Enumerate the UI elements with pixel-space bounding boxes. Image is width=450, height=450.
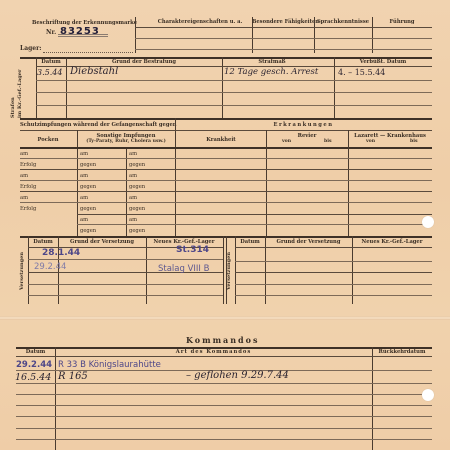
rule bbox=[135, 38, 432, 39]
rule bbox=[135, 49, 432, 50]
camp-field[interactable] bbox=[43, 52, 133, 53]
rule bbox=[20, 158, 432, 159]
vacc-cell: am bbox=[129, 217, 137, 223]
col-abilities: Besondere Fähigkeiten bbox=[252, 19, 314, 25]
kommando-type-hand: R 165 bbox=[58, 371, 88, 382]
rule bbox=[20, 130, 175, 131]
divider bbox=[348, 130, 349, 236]
col-lazarett: Lazarett — Krankenhaus bbox=[348, 133, 432, 139]
col-character: Charaktereigenschaften u. a. bbox=[150, 19, 250, 25]
vacc-cell: gegen bbox=[80, 228, 96, 234]
kommando-note: – geflohen 9.29.7.44 bbox=[186, 370, 289, 381]
rule bbox=[16, 405, 432, 406]
rule bbox=[16, 428, 432, 429]
transfer-camp-stamp: St.314 bbox=[176, 245, 209, 255]
transfer-camp-stamp: Stalag VIII B bbox=[158, 264, 209, 274]
lazarett-to: bis bbox=[410, 139, 418, 145]
transfer-right-col-date: Datum bbox=[235, 239, 265, 245]
vacc-cell: am bbox=[20, 195, 28, 201]
divider bbox=[135, 17, 136, 53]
kommando-date-hand: 16.5.44 bbox=[15, 372, 51, 383]
fold-crease bbox=[0, 316, 450, 320]
rule bbox=[175, 130, 432, 131]
rule bbox=[28, 295, 223, 296]
col-revier: Revier bbox=[266, 133, 348, 139]
record-card: Beschriftung der Erkennungsmarke Nr. 832… bbox=[0, 0, 450, 450]
rule bbox=[36, 105, 432, 106]
col-date: Datum bbox=[36, 59, 66, 65]
transfer-date-stamp: 29.2.44 bbox=[34, 262, 66, 272]
rule bbox=[16, 356, 432, 357]
vacc-cell: gegen bbox=[129, 206, 145, 212]
rule bbox=[20, 147, 432, 149]
vacc-cell: gegen bbox=[80, 184, 96, 190]
transfer-right-col-camp: Neues Kr.-Gef.-Lager bbox=[352, 239, 432, 245]
vacc-cell: am bbox=[80, 195, 88, 201]
transfer-date-stamp: 28.1.44 bbox=[42, 248, 80, 258]
vacc-cell: Erfolg bbox=[20, 162, 36, 168]
transfer-col-date: Datum bbox=[28, 239, 58, 245]
punishments-side-label: Strafen bbox=[10, 97, 16, 118]
rule bbox=[28, 284, 223, 285]
col-languages: Sprachkenntnisse bbox=[314, 19, 372, 25]
col-illness: Krankheit bbox=[175, 137, 267, 143]
col-reason: Grund der Bestrafung bbox=[66, 59, 222, 65]
rule bbox=[135, 27, 432, 28]
rule bbox=[20, 202, 432, 203]
camp-label: Lager: bbox=[20, 46, 42, 52]
col-pocken: Pocken bbox=[20, 137, 76, 143]
rule bbox=[20, 118, 432, 120]
divider bbox=[223, 236, 224, 304]
rule bbox=[235, 284, 432, 285]
illnesses-title: Erkrankungen bbox=[175, 122, 432, 128]
transfer-col-reason: Grund der Versetzung bbox=[58, 239, 146, 245]
number-strike-line bbox=[58, 36, 108, 37]
vacc-cell: am bbox=[80, 217, 88, 223]
rule bbox=[235, 247, 432, 248]
lazarett-from: von bbox=[366, 139, 375, 145]
vacc-cell: gegen bbox=[80, 206, 96, 212]
nr-label: Nr. bbox=[46, 30, 56, 36]
vacc-cell: am bbox=[129, 195, 137, 201]
rule bbox=[16, 394, 432, 395]
kommando-col-return: Rückkehrdatum bbox=[372, 349, 432, 355]
kommandos-title: Kommandos bbox=[186, 335, 259, 345]
rule bbox=[77, 214, 432, 215]
rule bbox=[36, 92, 432, 93]
revier-to: bis bbox=[324, 139, 332, 145]
rule bbox=[16, 439, 432, 440]
vacc-cell: am bbox=[80, 151, 88, 157]
number-strike-line bbox=[58, 34, 108, 35]
rule bbox=[20, 169, 432, 170]
divider bbox=[77, 130, 78, 236]
transfer-right-col-reason: Grund der Versetzung bbox=[265, 239, 352, 245]
kommando-date-stamp: 29.2.44 bbox=[16, 360, 52, 370]
punishment-reason: Diebstahl bbox=[70, 66, 118, 77]
vacc-cell: gegen bbox=[129, 228, 145, 234]
vacc-cell: am bbox=[129, 173, 137, 179]
vacc-cell: Erfolg bbox=[20, 206, 36, 212]
punch-hole bbox=[422, 216, 434, 228]
divider bbox=[175, 118, 176, 236]
revier-from: von bbox=[282, 139, 291, 145]
punishment-date: 3.5.44 bbox=[37, 68, 62, 77]
divider bbox=[266, 130, 267, 236]
kommando-col-date: Datum bbox=[16, 349, 55, 355]
col-served: Verbüßt. Datum bbox=[334, 59, 432, 65]
vacc-cell: gegen bbox=[129, 184, 145, 190]
vaccinations-title: Schutzimpfungen während der Gefangenscha… bbox=[20, 122, 175, 128]
vacc-cell: Erfolg bbox=[20, 184, 36, 190]
rule bbox=[235, 261, 432, 262]
punishment-served: 4. – 15.5.44 bbox=[338, 68, 385, 77]
rule bbox=[28, 259, 223, 260]
punch-hole bbox=[422, 389, 434, 401]
rule bbox=[16, 416, 432, 417]
kommando-col-type: Art des Kommandos bbox=[55, 349, 372, 355]
rule bbox=[235, 272, 432, 273]
rule bbox=[20, 191, 432, 192]
transfers-side-label: Versetzungen bbox=[19, 252, 25, 290]
vacc-cell: am bbox=[80, 173, 88, 179]
divider bbox=[372, 347, 373, 450]
punishments-side-label-2: im Kr.-Gef.-Lager bbox=[17, 69, 23, 118]
vacc-cell: am bbox=[20, 151, 28, 157]
col-conduct: Führung bbox=[372, 19, 432, 25]
col-other-vaccines-sub: (Ty-Paraty, Ruhr, Cholera usw.) bbox=[77, 139, 175, 145]
rule bbox=[20, 180, 432, 181]
vacc-cell: gegen bbox=[129, 162, 145, 168]
vacc-cell: am bbox=[20, 173, 28, 179]
kommando-type-stamp: R 33 B Königslaurahütte bbox=[58, 360, 161, 370]
rule bbox=[77, 224, 432, 225]
vacc-cell: am bbox=[129, 151, 137, 157]
transfers-right-side-label: Versetzungen bbox=[226, 252, 232, 290]
rule bbox=[235, 295, 432, 296]
divider bbox=[55, 347, 56, 450]
rule bbox=[16, 383, 432, 384]
punishment-penalty: 12 Tage gesch. Arrest bbox=[224, 67, 318, 77]
vacc-cell: gegen bbox=[80, 162, 96, 168]
rule bbox=[36, 80, 432, 81]
col-penalty: Strafmaß bbox=[222, 59, 322, 65]
